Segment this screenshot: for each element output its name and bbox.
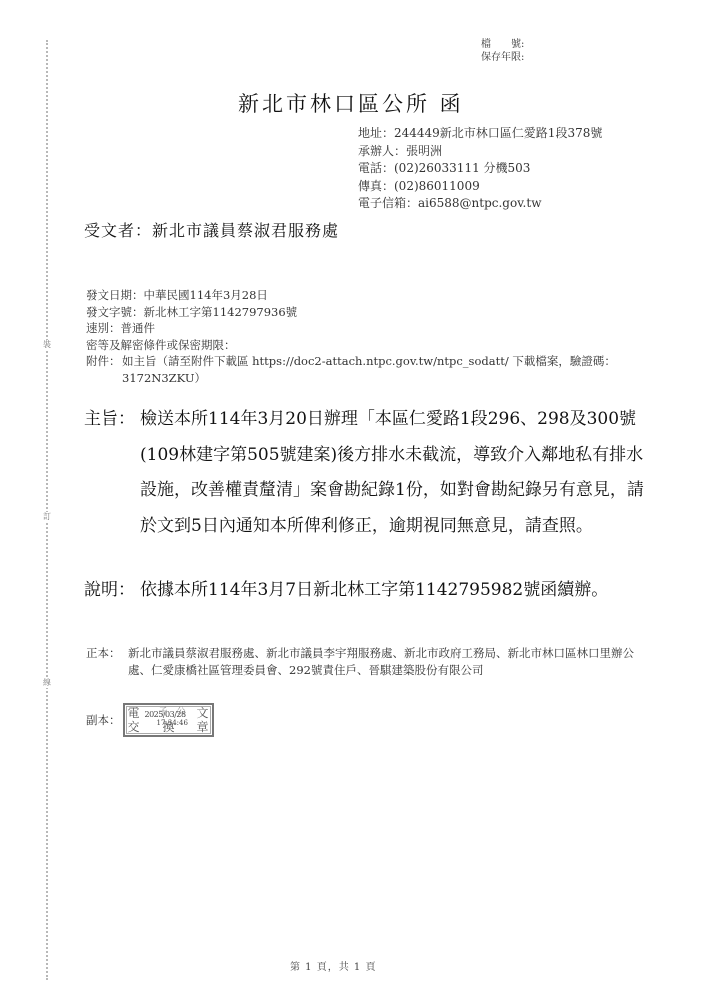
e-document-exchange-stamp: 電 子 公 文 交 換 章 2025/03/28 17:34:46 xyxy=(123,703,214,737)
delivery-speed: 速別：普通件 xyxy=(86,320,646,337)
binding-mark-zhuang: 裝 xyxy=(41,340,53,350)
binding-mark-ding: 訂 xyxy=(41,512,53,522)
recipient: 受文者：新北市議員蔡淑君服務處 xyxy=(84,218,339,241)
issue-date: 發文日期：中華民國114年3月28日 xyxy=(86,287,646,304)
attachment-label: 附件： xyxy=(86,353,122,386)
original-label: 正本： xyxy=(86,645,128,679)
attachment: 附件： 如主旨（請至附件下載區 https://doc2-attach.ntpc… xyxy=(86,353,646,386)
page-number: 第 1 頁，共 1 頁 xyxy=(290,958,376,973)
phone: 電話：(02)26033111 分機503 xyxy=(358,160,618,178)
original-recipients: 新北市議員蔡淑君服務處、新北市議員李宇翔服務處、新北市政府工務局、新北市林口區林… xyxy=(128,645,634,679)
document-meta: 發文日期：中華民國114年3月28日 發文字號：新北林工字第1142797936… xyxy=(86,287,646,386)
explanation-section: 說明： 依據本所114年3月7日新北林工字第1142795982號函續辦。 xyxy=(84,573,644,608)
subject-text: 檢送本所114年3月20日辦理「本區仁愛路1段296、298及300號(109林… xyxy=(140,402,644,544)
file-number-label: 檔 號: xyxy=(481,38,524,51)
fax: 傳真：(02)86011009 xyxy=(358,178,618,196)
email: 電子信箱：ai6588@ntpc.gov.tw xyxy=(358,195,618,213)
explanation-text: 依據本所114年3月7日新北林工字第1142795982號函續辦。 xyxy=(140,573,644,608)
binding-mark-xian: 線 xyxy=(41,678,53,688)
document-number: 發文字號：新北林工字第1142797936號 xyxy=(86,304,646,321)
attachment-text[interactable]: 如主旨（請至附件下載區 https://doc2-attach.ntpc.gov… xyxy=(122,353,646,386)
copy-label: 副本： xyxy=(86,712,121,728)
retention-period-label: 保存年限: xyxy=(481,51,524,64)
binding-line xyxy=(46,40,48,980)
subject-label: 主旨： xyxy=(84,402,140,544)
subject-section: 主旨： 檢送本所114年3月20日辦理「本區仁愛路1段296、298及300號(… xyxy=(84,402,644,544)
secrecy-level: 密等及解密條件或保密期限： xyxy=(86,337,646,354)
stamp-date: 2025/03/28 xyxy=(145,710,186,719)
handler: 承辦人：張明洲 xyxy=(358,143,618,161)
contact-block: 地址：244449新北市林口區仁愛路1段378號 承辦人：張明洲 電話：(02)… xyxy=(358,125,618,213)
address: 地址：244449新北市林口區仁愛路1段378號 xyxy=(358,125,618,143)
distribution-original: 正本： 新北市議員蔡淑君服務處、新北市議員李宇翔服務處、新北市政府工務局、新北市… xyxy=(86,645,634,679)
distribution-copy: 副本： 電 子 公 文 交 換 章 2025/03/28 17:34:46 xyxy=(86,703,214,737)
explanation-label: 說明： xyxy=(84,573,140,608)
filing-info: 檔 號: 保存年限: xyxy=(481,38,524,64)
document-title: 新北市林口區公所 函 xyxy=(238,88,464,118)
stamp-time: 17:34:46 xyxy=(157,719,188,727)
